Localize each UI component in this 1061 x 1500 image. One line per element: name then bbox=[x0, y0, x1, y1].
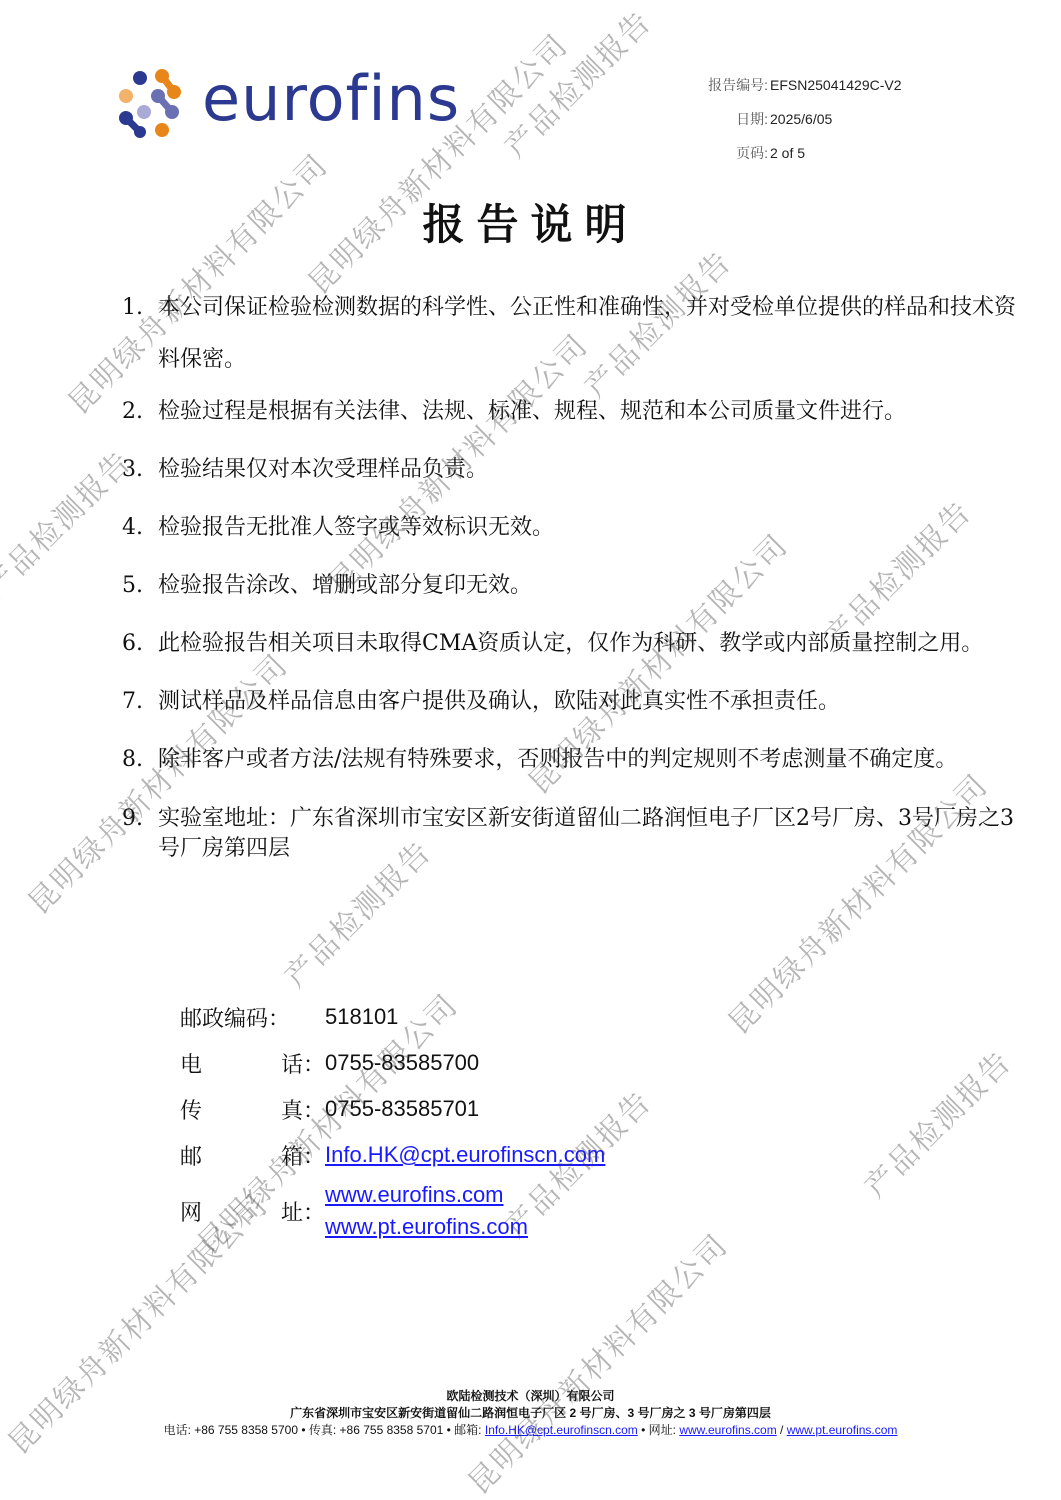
postcode-label: 邮政编码： bbox=[180, 1002, 325, 1033]
list-item: 1. 本公司保证检验检测数据的科学性、公正性和准确性，并对受检单位提供的样品和技… bbox=[122, 282, 1022, 386]
item-number: 1. bbox=[122, 282, 158, 386]
fax-label-a: 传 bbox=[180, 1094, 202, 1125]
watermark: 昆明绿舟新材料有限公司 bbox=[456, 1222, 736, 1500]
email-label: 邮 箱： bbox=[180, 1140, 325, 1171]
item-text: 检验报告涂改、增删或部分复印无效。 bbox=[158, 560, 1022, 612]
item-text: 此检验报告相关项目未取得CMA资质认定，仅作为科研、教学或内部质量控制之用。 bbox=[158, 618, 1022, 670]
report-meta: 报告编号: EFSN25041429C-V2 日期: 2025/6/05 页码:… bbox=[690, 68, 902, 170]
fax-label: 传 真： bbox=[180, 1094, 325, 1125]
footer-separator: / bbox=[777, 1423, 787, 1437]
postcode-value: 518101 bbox=[325, 1004, 398, 1030]
footer-company: 欧陆检测技术（深圳）有限公司 bbox=[0, 1388, 1061, 1405]
eurofins-logo: eurofins bbox=[118, 66, 460, 138]
website-label: 网 址： bbox=[180, 1196, 325, 1227]
item-text: 检验结果仅对本次受理样品负责。 bbox=[158, 444, 1022, 496]
report-number: EFSN25041429C-V2 bbox=[770, 77, 902, 93]
watermark: 产品检测报告 bbox=[0, 439, 139, 606]
report-number-row: 报告编号: EFSN25041429C-V2 bbox=[690, 68, 902, 102]
item-number: 5. bbox=[122, 560, 158, 612]
logo-wordmark: eurofins bbox=[202, 68, 460, 130]
list-item: 6. 此检验报告相关项目未取得CMA资质认定，仅作为科研、教学或内部质量控制之用… bbox=[122, 618, 1022, 670]
list-item: 5. 检验报告涂改、增删或部分复印无效。 bbox=[122, 560, 1022, 612]
phone-label-a: 电 bbox=[180, 1048, 202, 1079]
item-text: 检验报告无批准人签字或等效标识无效。 bbox=[158, 502, 1022, 554]
email-link[interactable]: Info.HK@cpt.eurofinscn.com bbox=[325, 1142, 605, 1167]
page-label: 页码: bbox=[690, 143, 768, 163]
footer-web-link-2[interactable]: www.pt.eurofins.com bbox=[787, 1423, 898, 1437]
date-label: 日期: bbox=[690, 109, 768, 129]
website-label-a: 网 bbox=[180, 1196, 202, 1227]
list-item: 4. 检验报告无批准人签字或等效标识无效。 bbox=[122, 502, 1022, 554]
fax-row: 传 真： 0755-83585701 bbox=[180, 1086, 605, 1132]
phone-value: 0755-83585700 bbox=[325, 1050, 479, 1076]
footer-email-link[interactable]: Info.HK@cpt.eurofinscn.com bbox=[485, 1423, 638, 1437]
phone-label: 电 话： bbox=[180, 1048, 325, 1079]
page-value: 2 of 5 bbox=[770, 145, 805, 161]
phone-row: 电 话： 0755-83585700 bbox=[180, 1040, 605, 1086]
watermark: 产品检测报告 bbox=[493, 0, 660, 165]
item-number: 7. bbox=[122, 676, 158, 728]
page-title: 报告说明 bbox=[0, 192, 1061, 252]
item-number: 3. bbox=[122, 444, 158, 496]
footer-web-link-1[interactable]: www.eurofins.com bbox=[679, 1423, 776, 1437]
page-footer: 欧陆检测技术（深圳）有限公司 广东省深圳市宝安区新安街道留仙二路润恒电子厂区 2… bbox=[0, 1388, 1061, 1439]
fax-value: 0755-83585701 bbox=[325, 1096, 479, 1122]
item-text: 检验过程是根据有关法律、法规、标准、规程、规范和本公司质量文件进行。 bbox=[158, 386, 1022, 438]
item-number: 9. bbox=[122, 792, 158, 864]
list-item: 2. 检验过程是根据有关法律、法规、标准、规程、规范和本公司质量文件进行。 bbox=[122, 386, 1022, 438]
date-row: 日期: 2025/6/05 bbox=[690, 102, 902, 136]
postcode-row: 邮政编码： 518101 bbox=[180, 994, 605, 1040]
page-row: 页码: 2 of 5 bbox=[690, 136, 902, 170]
list-item: 9. 实验室地址：广东省深圳市宝安区新安街道留仙二路润恒电子厂区2号厂房、3号厂… bbox=[122, 792, 1022, 864]
list-item: 3. 检验结果仅对本次受理样品负责。 bbox=[122, 444, 1022, 496]
email-label-b: 箱： bbox=[281, 1140, 325, 1171]
footer-contacts: 电话: +86 755 8358 5700 • 传真: +86 755 8358… bbox=[0, 1422, 1061, 1439]
website-row: 网 址： www.eurofins.com www.pt.eurofins.co… bbox=[180, 1178, 605, 1244]
item-text: 实验室地址：广东省深圳市宝安区新安街道留仙二路润恒电子厂区2号厂房、3号厂房之3… bbox=[158, 792, 1022, 864]
item-number: 4. bbox=[122, 502, 158, 554]
website-link-2[interactable]: www.pt.eurofins.com bbox=[325, 1211, 528, 1243]
item-number: 2. bbox=[122, 386, 158, 438]
item-text: 除非客户或者方法/法规有特殊要求，否则报告中的判定规则不考虑测量不确定度。 bbox=[158, 734, 1022, 786]
report-number-label: 报告编号: bbox=[690, 75, 768, 95]
watermark: 产品检测报告 bbox=[853, 1039, 1020, 1206]
website-label-b: 址： bbox=[281, 1196, 325, 1227]
fax-label-b: 真： bbox=[281, 1094, 325, 1125]
eurofins-molecule-icon bbox=[118, 66, 190, 138]
website-link-1[interactable]: www.eurofins.com bbox=[325, 1179, 528, 1211]
item-text: 本公司保证检验检测数据的科学性、公正性和准确性，并对受检单位提供的样品和技术资料… bbox=[158, 282, 1022, 386]
email-label-a: 邮 bbox=[180, 1140, 202, 1171]
phone-label-b: 话： bbox=[281, 1048, 325, 1079]
contact-info: 邮政编码： 518101 电 话： 0755-83585700 传 真： 075… bbox=[180, 994, 605, 1244]
date-value: 2025/6/05 bbox=[770, 111, 832, 127]
statement-list: 1. 本公司保证检验检测数据的科学性、公正性和准确性，并对受检单位提供的样品和技… bbox=[122, 282, 1022, 864]
list-item: 7. 测试样品及样品信息由客户提供及确认，欧陆对此真实性不承担责任。 bbox=[122, 676, 1022, 728]
item-number: 8. bbox=[122, 734, 158, 786]
item-number: 6. bbox=[122, 618, 158, 670]
footer-tel-fax: 电话: +86 755 8358 5700 • 传真: +86 755 8358… bbox=[164, 1423, 485, 1437]
list-item: 8. 除非客户或者方法/法规有特殊要求，否则报告中的判定规则不考虑测量不确定度。 bbox=[122, 734, 1022, 786]
item-text: 测试样品及样品信息由客户提供及确认，欧陆对此真实性不承担责任。 bbox=[158, 676, 1022, 728]
email-row: 邮 箱： Info.HK@cpt.eurofinscn.com bbox=[180, 1132, 605, 1178]
footer-web-label: • 网址: bbox=[638, 1423, 680, 1437]
footer-address: 广东省深圳市宝安区新安街道留仙二路润恒电子厂区 2 号厂房、3 号厂房之 3 号… bbox=[0, 1405, 1061, 1422]
